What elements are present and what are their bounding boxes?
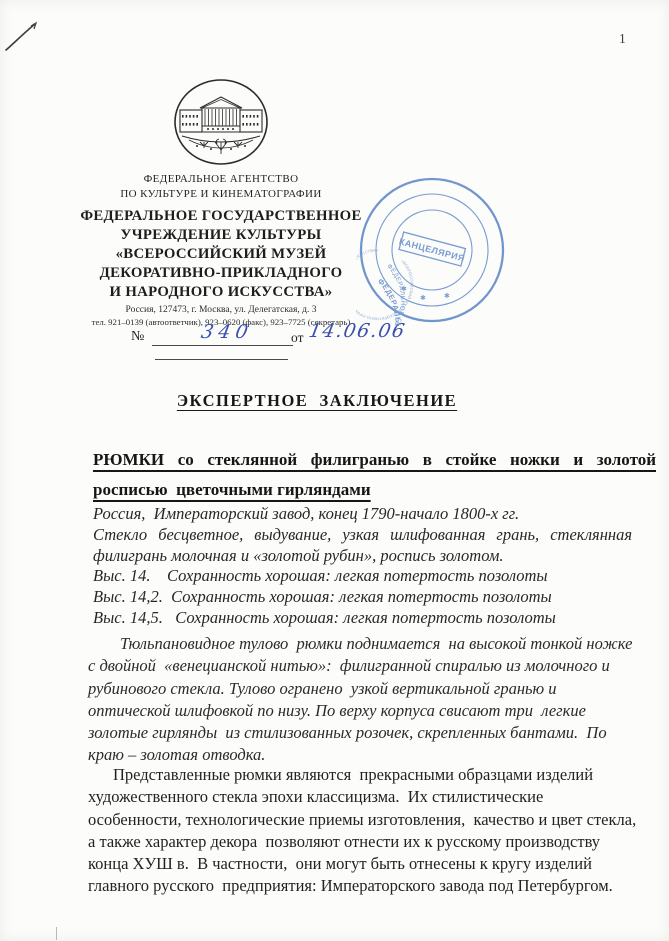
- paragraph-line: художественного стекла эпохи классицизма…: [88, 786, 663, 808]
- description-line: Выс. 14,5. Сохранность хорошая: легкая п…: [93, 608, 632, 629]
- pen-mark: [4, 18, 46, 54]
- conclusion-paragraph: Представленные рюмки являются прекрасным…: [88, 764, 663, 898]
- paragraph-line: главного русского предприятия: Император…: [88, 875, 663, 897]
- paragraph-line: а также характер декора позволяют отнест…: [88, 831, 663, 853]
- object-description: Россия, Императорский завод, конец 1790-…: [93, 504, 632, 629]
- reference-number-label: №: [131, 329, 144, 345]
- stamp-center-label: КАНЦЕЛЯРИЯ: [398, 236, 466, 263]
- scanned-document-page: 1: [0, 0, 669, 941]
- subject-heading: РЮМКИ со стеклянной филигранью в стойке …: [93, 445, 656, 505]
- reference-date-label: от: [291, 330, 303, 346]
- reference-number-underline: [152, 345, 293, 346]
- paragraph-line: золотые гирлянды из стилизованных розоче…: [88, 722, 653, 744]
- stamp-star-icon: ✱: [444, 292, 450, 300]
- paragraph-line: Представленные рюмки являются прекрасным…: [88, 764, 663, 786]
- agency-name-line2: ПО КУЛЬТУРЕ И КИНЕМАТОГРАФИИ: [70, 187, 372, 202]
- handwritten-number: 340: [170, 321, 284, 343]
- paragraph-line: особенности, технологические приемы изго…: [88, 809, 663, 831]
- paragraph-line: оптической шлифовкой по низу. По верху к…: [88, 700, 653, 722]
- organization-name-line2: УЧРЕЖДЕНИЕ КУЛЬТУРЫ: [70, 226, 372, 245]
- scan-artifact-mark: [56, 927, 57, 940]
- secondary-underline: [155, 359, 288, 360]
- stamp-center-box: КАНЦЕЛЯРИЯ: [397, 232, 467, 267]
- subject-line: РЮМКИ со стеклянной филигранью в стойке …: [93, 445, 656, 475]
- organization-name-line3: «ВСЕРОССИЙСКИЙ МУЗЕЙ: [70, 245, 372, 264]
- organization-name-line4: ДЕКОРАТИВНО-ПРИКЛАДНОГО: [70, 264, 372, 283]
- description-line: филигрань молочная и «золотой рубин», ро…: [93, 546, 632, 567]
- museum-emblem-icon: [173, 78, 269, 168]
- organization-name-line5: И НАРОДНОГО ИСКУССТВА»: [70, 283, 372, 302]
- organization-name: ФЕДЕРАЛЬНОЕ ГОСУДАРСТВЕННОЕ УЧРЕЖДЕНИЕ К…: [70, 207, 372, 302]
- attribution-paragraph: Тюльпановидное тулово рюмки поднимается …: [88, 633, 653, 767]
- agency-name-line1: ФЕДЕРАЛЬНОЕ АГЕНТСТВО: [70, 172, 372, 187]
- page-number: 1: [619, 31, 626, 47]
- organization-name-line1: ФЕДЕРАЛЬНОЕ ГОСУДАРСТВЕННОЕ: [70, 207, 372, 226]
- stamp-star-icon: ✱: [401, 285, 407, 293]
- description-line: Выс. 14,2. Сохранность хорошая: легкая п…: [93, 587, 632, 608]
- paragraph-line: с двойной «венецианской нитью»: филигран…: [88, 655, 653, 677]
- chancellery-stamp: ФЕДЕРАЛЬНОЕ АГЕНТСТВО ПО КУЛЬТУРЕ И КИНЕ…: [356, 174, 508, 326]
- organization-address: Россия, 127473, г. Москва, ул. Делегатск…: [70, 305, 372, 315]
- paragraph-line: Тюльпановидное тулово рюмки поднимается …: [88, 633, 653, 655]
- description-line: Стекло бесцветное, выдувание, узкая шлиф…: [93, 525, 632, 546]
- letterhead: ФЕДЕРАЛЬНОЕ АГЕНТСТВО ПО КУЛЬТУРЕ И КИНЕ…: [70, 76, 372, 327]
- paragraph-line: рубинового стекла. Тулово огранено узкой…: [88, 678, 653, 700]
- stamp-star-icon: ✱: [420, 294, 426, 302]
- description-line: Выс. 14. Сохранность хорошая: легкая пот…: [93, 566, 632, 587]
- subject-line: росписью цветочными гирляндами: [93, 475, 656, 505]
- description-line: Россия, Императорский завод, конец 1790-…: [93, 504, 632, 525]
- paragraph-line: конца ХУШ в. В частности, они могут быть…: [88, 853, 663, 875]
- document-title: ЭКСПЕРТНОЕ ЗАКЛЮЧЕНИЕ: [32, 391, 602, 411]
